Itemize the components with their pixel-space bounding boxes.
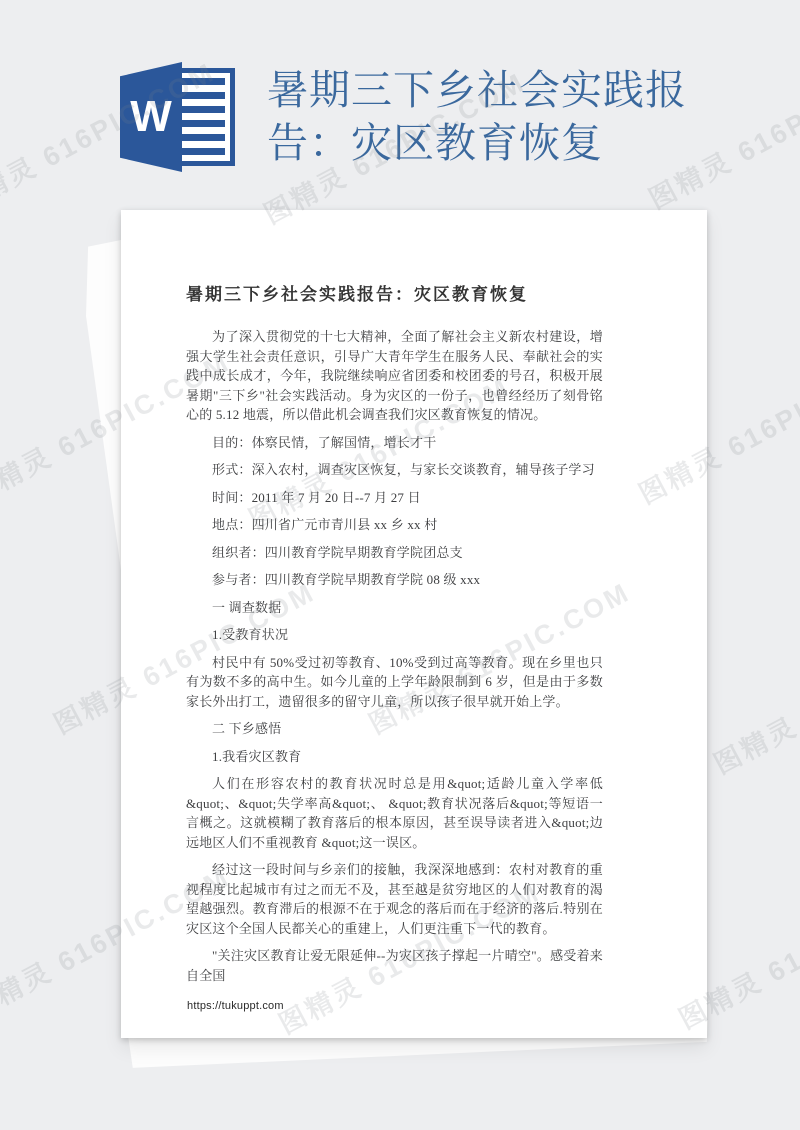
page-background: W 暑期三下乡社会实践报告：灾区教育恢复 暑期三下乡社会实践报告：灾区教育恢复 …: [0, 0, 800, 1130]
doc-paragraph: 1.受教育状况: [186, 625, 603, 645]
doc-paragraph: "关注灾区教育让爱无限延伸--为灾区孩子撑起一片晴空"。感受着来自全国: [186, 946, 603, 985]
doc-paragraph: 一 调查数据: [186, 598, 603, 618]
word-icon-cover: W: [120, 62, 182, 172]
header: W 暑期三下乡社会实践报告：灾区教育恢复: [115, 60, 705, 172]
back-sheet-left-corner: [86, 240, 121, 570]
doc-paragraph: 组织者：四川教育学院早期教育学院团总支: [186, 543, 603, 563]
doc-paragraph: 人们在形容农村的教育状况时总是用&quot;适龄儿童入学率低&quot;、&qu…: [186, 774, 603, 852]
document-body: 为了深入贯彻党的十七大精神，全面了解社会主义新农村建设，增强大学生社会责任意识，…: [186, 327, 603, 985]
watermark-text: 图精灵 616PIC.COM: [706, 611, 800, 782]
word-icon-letter: W: [130, 92, 172, 142]
doc-paragraph: 形式：深入农村，调查灾区恢复，与家长交谈教育，辅导孩子学习: [186, 460, 603, 480]
doc-paragraph: 地点：四川省广元市青川县 xx 乡 xx 村: [186, 515, 603, 535]
doc-paragraph: 参与者：四川教育学院早期教育学院 08 级 xxx: [186, 570, 603, 590]
doc-paragraph: 目的：体察民情，了解国情，增长才干: [186, 433, 603, 453]
document-page-content: 暑期三下乡社会实践报告：灾区教育恢复 为了深入贯彻党的十七大精神，全面了解社会主…: [121, 210, 707, 1038]
doc-paragraph: 为了深入贯彻党的十七大精神，全面了解社会主义新农村建设，增强大学生社会责任意识，…: [186, 327, 603, 425]
footer-url: https://tukuppt.com: [187, 1000, 284, 1012]
doc-paragraph: 1.我看灾区教育: [186, 747, 603, 767]
doc-paragraph: 村民中有 50%受过初等教育、10%受到过高等教育。现在乡里也只有为数不多的高中…: [186, 653, 603, 712]
doc-paragraph: 时间：2011 年 7 月 20 日--7 月 27 日: [186, 488, 603, 508]
document-title: 暑期三下乡社会实践报告：灾区教育恢复: [186, 280, 603, 305]
doc-paragraph: 经过这一段时间与乡亲们的接触，我深深地感到：农村对教育的重视程度比起城市有过之而…: [186, 860, 603, 938]
page-title: 暑期三下乡社会实践报告：灾区教育恢复: [267, 64, 705, 172]
word-icon: W: [115, 60, 235, 172]
document-page: 暑期三下乡社会实践报告：灾区教育恢复 为了深入贯彻党的十七大精神，全面了解社会主…: [121, 210, 707, 1038]
doc-paragraph: 二 下乡感悟: [186, 719, 603, 739]
